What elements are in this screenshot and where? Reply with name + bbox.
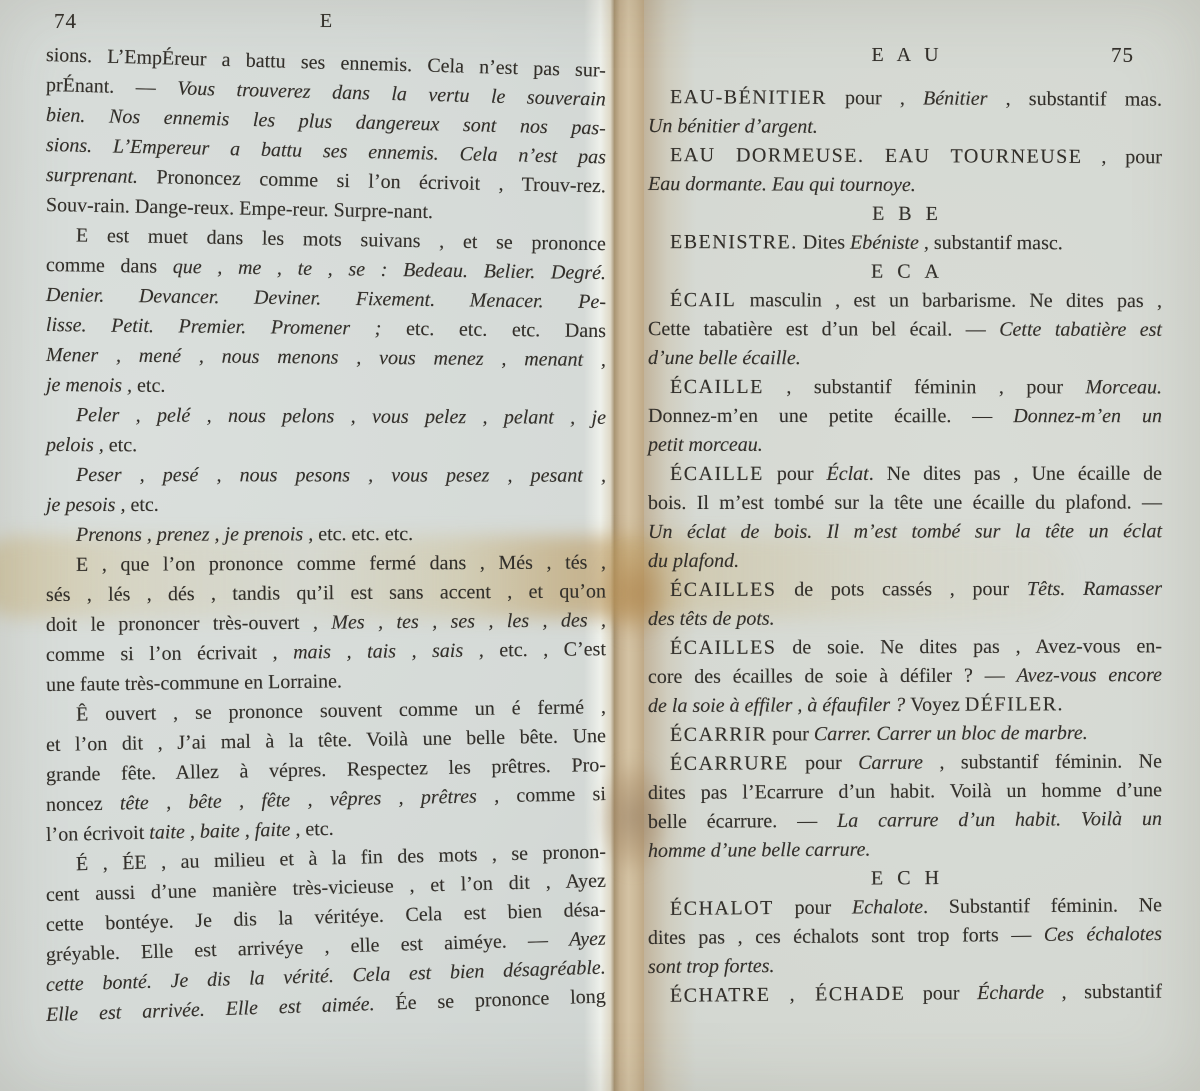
text-line: EBENISTRE. Dites Ebéniste , substantif m… <box>648 228 1162 259</box>
page-number-left: 74 <box>54 9 77 33</box>
text-segment-italic: Morceau. <box>1086 376 1162 398</box>
text-segment-normal: . Substantif féminin. Ne <box>923 894 1162 918</box>
text-segment-italic: Echalote <box>852 896 923 919</box>
text-segment-headword: ÉCARRURE <box>670 752 789 775</box>
left-page-text: 74 E sions. L’EmpÉreur a battu ses ennem… <box>46 6 606 1030</box>
text-segment-headword: EAU DORMEUSE. EAU TOURNEUSE <box>670 144 1083 168</box>
text-segment-normal: de pots cassés , pour <box>776 578 1027 601</box>
text-segment-italic: Mener , mené , nous menons , vous menez … <box>46 344 606 371</box>
text-segment-normal: pour <box>789 752 859 774</box>
text-segment-normal: core des écailles de soie à défiler ? — <box>648 665 1017 688</box>
text-segment-normal: comme dans <box>46 254 173 278</box>
text-segment-italic: Peler , pelé , nous pelons , vous pelez … <box>76 404 606 429</box>
text-segment-italic: Prenons , prenez , je prenois , <box>76 523 318 546</box>
text-segment-italic: Ebéniste <box>850 232 919 254</box>
text-segment-normal: etc. <box>305 818 334 841</box>
text-segment-normal: , substantif <box>1044 981 1162 1004</box>
text-segment-italic: La carrure d’un habit. Voilà un <box>837 808 1162 832</box>
text-line: EAU DORMEUSE. EAU TOURNEUSE , pour <box>648 141 1162 172</box>
text-segment-headword: ÉCARRIR <box>670 723 767 745</box>
text-segment-normal: , substantif féminin , pour <box>764 376 1086 398</box>
text-segment-italic: Mes , tes , ses , les , des , <box>331 609 606 633</box>
text-segment-normal: , pour <box>1082 146 1162 168</box>
text-line: des têts de pots. <box>648 604 1162 634</box>
text-segment-italic: je menois , <box>46 374 137 397</box>
text-segment-normal: , substantif mas. <box>987 88 1162 111</box>
text-segment-normal: E , que l’on prononce comme fermé dans ,… <box>76 551 606 575</box>
text-segment-italic: Denier. Devancer. Deviner. Fixement. Men… <box>46 284 606 313</box>
text-segment-italic: surprenant. <box>46 164 138 188</box>
text-line: Peser , pesé , nous pesons , vous pesez … <box>46 460 606 491</box>
text-segment-headword: ÉCAIL <box>670 289 736 311</box>
text-line: ÉCAIL masculin , est un barbarisme. Ne d… <box>648 286 1162 316</box>
text-segment-normal: de soie. Ne dites pas , Avez-vous en- <box>776 635 1162 658</box>
text-segment-italic: lisse. Petit. Premier. Promener ; <box>46 314 406 340</box>
text-segment-italic: homme d’une belle carrure. <box>648 839 871 862</box>
text-segment-normal: sés , lés , dés , tandis qu’il est sans … <box>46 580 606 606</box>
left-page-header: 74 E <box>46 6 606 40</box>
text-segment-normal: , substantif masc. <box>919 232 1063 254</box>
text-segment-normal: etc. <box>137 375 165 397</box>
text-line: je menois , etc. <box>46 370 606 404</box>
text-segment-italic: pelois , <box>46 434 109 456</box>
text-segment-headword: EAU-BÉNITIER <box>670 86 827 109</box>
text-segment-italic: Carrer. Carrer un bloc de marbre. <box>814 722 1088 745</box>
text-segment-normal: Ée se prononce long <box>395 985 606 1014</box>
text-segment-headword: ÉCHALOT <box>670 897 774 920</box>
text-line: ÉCHALOT pour Echalote. Substantif fémini… <box>648 891 1162 924</box>
text-line: Prenons , prenez , je prenois , etc. etc… <box>46 519 606 550</box>
right-page-lines: EAU-BÉNITIER pour , Bénitier , substanti… <box>648 83 1162 1011</box>
text-segment-normal: etc. <box>130 494 158 516</box>
right-page: EAU 75 EAU-BÉNITIER pour , Bénitier , su… <box>644 0 1200 1091</box>
text-segment-italic: Écharde <box>977 982 1044 1005</box>
text-line: core des écailles de soie à défiler ? — … <box>648 661 1162 692</box>
text-segment-normal: etc. etc. etc. Dans <box>406 318 606 342</box>
text-segment-normal: Souv-rain. Dange-reux. Empe-reur. Surpre… <box>46 194 433 223</box>
running-head-left: E <box>320 6 332 36</box>
text-segment-italic: Peser , pesé , nous pesons , vous pesez … <box>76 464 606 487</box>
text-line: Cette tabatière est d’un bel écail. — Ce… <box>648 315 1162 345</box>
text-line: pelois , etc. <box>46 430 606 462</box>
text-segment-headword: ÉCAILLE <box>670 463 764 485</box>
text-segment-italic: Un bénitier d’argent. <box>648 115 818 138</box>
text-segment-italic: Carrure <box>858 752 923 774</box>
right-page-text: EAU 75 EAU-BÉNITIER pour , Bénitier , su… <box>648 40 1162 1011</box>
text-segment-italic: mais , tais , sais , <box>293 639 499 663</box>
book-gutter <box>614 0 644 1091</box>
text-segment-normal: l’on écrivoit <box>46 822 150 846</box>
text-segment-normal: pour <box>764 463 827 485</box>
text-segment-normal: masculin , est un barbarisme. Ne dites p… <box>736 289 1162 312</box>
text-segment-normal: etc. <box>109 434 137 456</box>
text-segment-italic: des têts de pots. <box>648 608 775 630</box>
text-segment-normal: dites pas l’Ecarrure d’un habit. Voilà u… <box>648 779 1162 804</box>
text-line: Un bénitier d’argent. <box>648 112 1162 143</box>
text-segment-italic: Elle est arrivée. Elle est aimée. <box>46 992 396 1026</box>
text-segment-italic: d’une belle écaille. <box>648 347 801 369</box>
text-segment-normal: belle écarrure. — <box>648 810 837 833</box>
text-segment-normal: une faute très-commune en Lorraine. <box>46 670 342 696</box>
text-line: Donnez-m’en une petite écaille. — Donnez… <box>648 402 1162 431</box>
text-segment-italic: Donnez-m’en un <box>1013 405 1162 427</box>
text-segment-normal: ECA <box>871 261 953 283</box>
book-photograph: 74 E sions. L’EmpÉreur a battu ses ennem… <box>0 0 1200 1091</box>
text-line: Eau dormante. Eau qui tournoye. <box>648 170 1162 201</box>
text-segment-normal: Voyez <box>910 694 965 716</box>
text-line: dites pas l’Ecarrure d’un habit. Voilà u… <box>648 776 1162 808</box>
text-segment-headword: EBENISTRE. <box>670 231 798 253</box>
text-line: d’une belle écaille. <box>648 344 1162 374</box>
text-segment-normal: . <box>1057 693 1062 715</box>
text-segment-normal: Donnez-m’en une petite écaille. — <box>648 405 1013 427</box>
right-page-header: EAU 75 <box>648 40 1162 70</box>
text-segment-normal: Cette tabatière est d’un bel écail. — <box>648 318 999 341</box>
text-segment-headword: ÉCHATRE , ÉCHADE <box>670 983 905 1007</box>
text-segment-headword: ÉCAILLES <box>670 637 777 659</box>
text-line: homme d’une belle carrure. <box>648 834 1162 866</box>
text-segment-normal: , substantif féminin. Ne <box>923 750 1162 773</box>
text-line: ÉCAILLES de pots cassés , pour Têts. Ram… <box>648 575 1162 605</box>
text-segment-italic: taite , baite , faite , <box>149 818 306 843</box>
text-line: Un éclat de bois. Il m’est tombé sur la … <box>648 517 1162 547</box>
text-segment-normal: pour , <box>827 87 923 110</box>
text-segment-italic: Ces échalotes <box>1044 923 1162 946</box>
section-heading: EBE <box>648 199 1162 230</box>
text-line: dites pas , ces échalots sont trop forts… <box>648 920 1162 953</box>
text-segment-headword: DÉFILER <box>965 693 1058 715</box>
text-segment-normal: etc. etc. etc. <box>318 523 413 545</box>
text-segment-italic: du plafond. <box>648 550 739 572</box>
text-line: sés , lés , dés , tandis qu’il est sans … <box>46 576 606 610</box>
text-line: E , que l’on prononce comme fermé dans ,… <box>46 547 606 580</box>
text-segment-normal: bois. Il m’est tombé sur la tête une éca… <box>648 491 1162 514</box>
text-segment-normal: . Ne dites pas , Une écaille de <box>869 463 1162 485</box>
section-heading: ECA <box>648 257 1162 287</box>
text-segment-normal: EBE <box>872 203 952 225</box>
text-line: EAU-BÉNITIER pour , Bénitier , substanti… <box>648 83 1162 115</box>
text-segment-italic: petit morceau. <box>648 434 763 456</box>
text-line: du plafond. <box>648 546 1162 576</box>
text-segment-normal: E est muet dans les mots suivans , et se… <box>76 224 606 255</box>
page-number-right: 75 <box>1111 40 1134 70</box>
text-segment-italic: Avez-vous encore <box>1016 664 1162 687</box>
left-page-lines: sions. L’EmpÉreur a battu ses ennemis. C… <box>46 40 606 1030</box>
text-line: ÉCARRURE pour Carrure , substantif fémin… <box>648 747 1162 779</box>
text-line: je pesois , etc. <box>46 490 606 520</box>
text-segment-normal: doit le prononcer très-ouvert , <box>46 612 332 636</box>
text-segment-normal: comme si l’on écrivait , <box>46 641 293 666</box>
running-head-right: EAU <box>858 40 951 70</box>
text-segment-normal: Ê ouvert , se prononce souvent comme un … <box>76 696 606 725</box>
text-segment-italic: Eau dormante. Eau qui tournoye. <box>648 173 916 196</box>
text-line: belle écarrure. — La carrure d’un habit.… <box>648 805 1162 837</box>
section-heading: ECH <box>648 862 1162 895</box>
text-line: sont trop fortes. <box>648 949 1162 982</box>
text-segment-italic: de la soie à effiler , à éfaufiler ? <box>648 694 910 717</box>
text-segment-italic: tête , bête , fête , vêpres , prêtres , <box>120 785 517 815</box>
text-line: de la soie à effiler , à éfaufiler ? Voy… <box>648 690 1162 721</box>
text-segment-italic: Cette tabatière est <box>999 319 1162 341</box>
text-line: bois. Il m’est tombé sur la tête une éca… <box>648 488 1162 518</box>
text-segment-normal: comme si <box>516 783 606 807</box>
text-segment-italic: Ayez <box>569 928 606 951</box>
text-segment-normal: Dites <box>798 231 850 253</box>
text-segment-italic: Têts. Ramasser <box>1027 578 1162 600</box>
text-line: ÉCAILLE pour Éclat. Ne dites pas , Une é… <box>648 460 1162 489</box>
text-line: ÉCHATRE , ÉCHADE pour Écharde , substant… <box>648 978 1162 1011</box>
text-segment-headword: ÉCAILLES <box>670 579 776 601</box>
text-segment-italic: Bénitier <box>923 87 988 109</box>
left-page: 74 E sions. L’EmpÉreur a battu ses ennem… <box>0 0 614 1091</box>
text-segment-italic: Un éclat de bois. Il m’est tombé sur la … <box>648 520 1162 543</box>
text-segment-italic: je pesois , <box>46 494 130 516</box>
text-line: ÉCAILLES de soie. Ne dites pas , Avez-vo… <box>648 632 1162 663</box>
text-segment-normal: etc. , C’est <box>499 638 606 661</box>
text-segment-headword: ÉCAILLE <box>670 376 764 398</box>
text-segment-normal: noncez <box>46 793 120 816</box>
text-segment-normal: dites pas , ces échalots sont trop forts… <box>648 924 1044 949</box>
text-line: Peler , pelé , nous pelons , vous pelez … <box>46 400 606 433</box>
text-segment-italic: Éclat <box>827 463 869 485</box>
text-segment-normal: pour <box>905 982 977 1005</box>
text-segment-italic: que , me , te , se : Bedeau. Belier. Deg… <box>173 256 606 284</box>
text-segment-normal: ECH <box>871 867 953 890</box>
text-line: petit morceau. <box>648 431 1162 460</box>
text-segment-normal: pour <box>774 897 852 920</box>
text-segment-normal: prÉnant. — <box>46 74 178 99</box>
text-line: ÉCAILLE , substantif féminin , pour Morc… <box>648 373 1162 402</box>
text-segment-italic: sont trop fortes. <box>648 955 775 978</box>
text-segment-normal: pour <box>767 723 814 745</box>
text-line: ÉCARRIR pour Carrer. Carrer un bloc de m… <box>648 719 1162 750</box>
